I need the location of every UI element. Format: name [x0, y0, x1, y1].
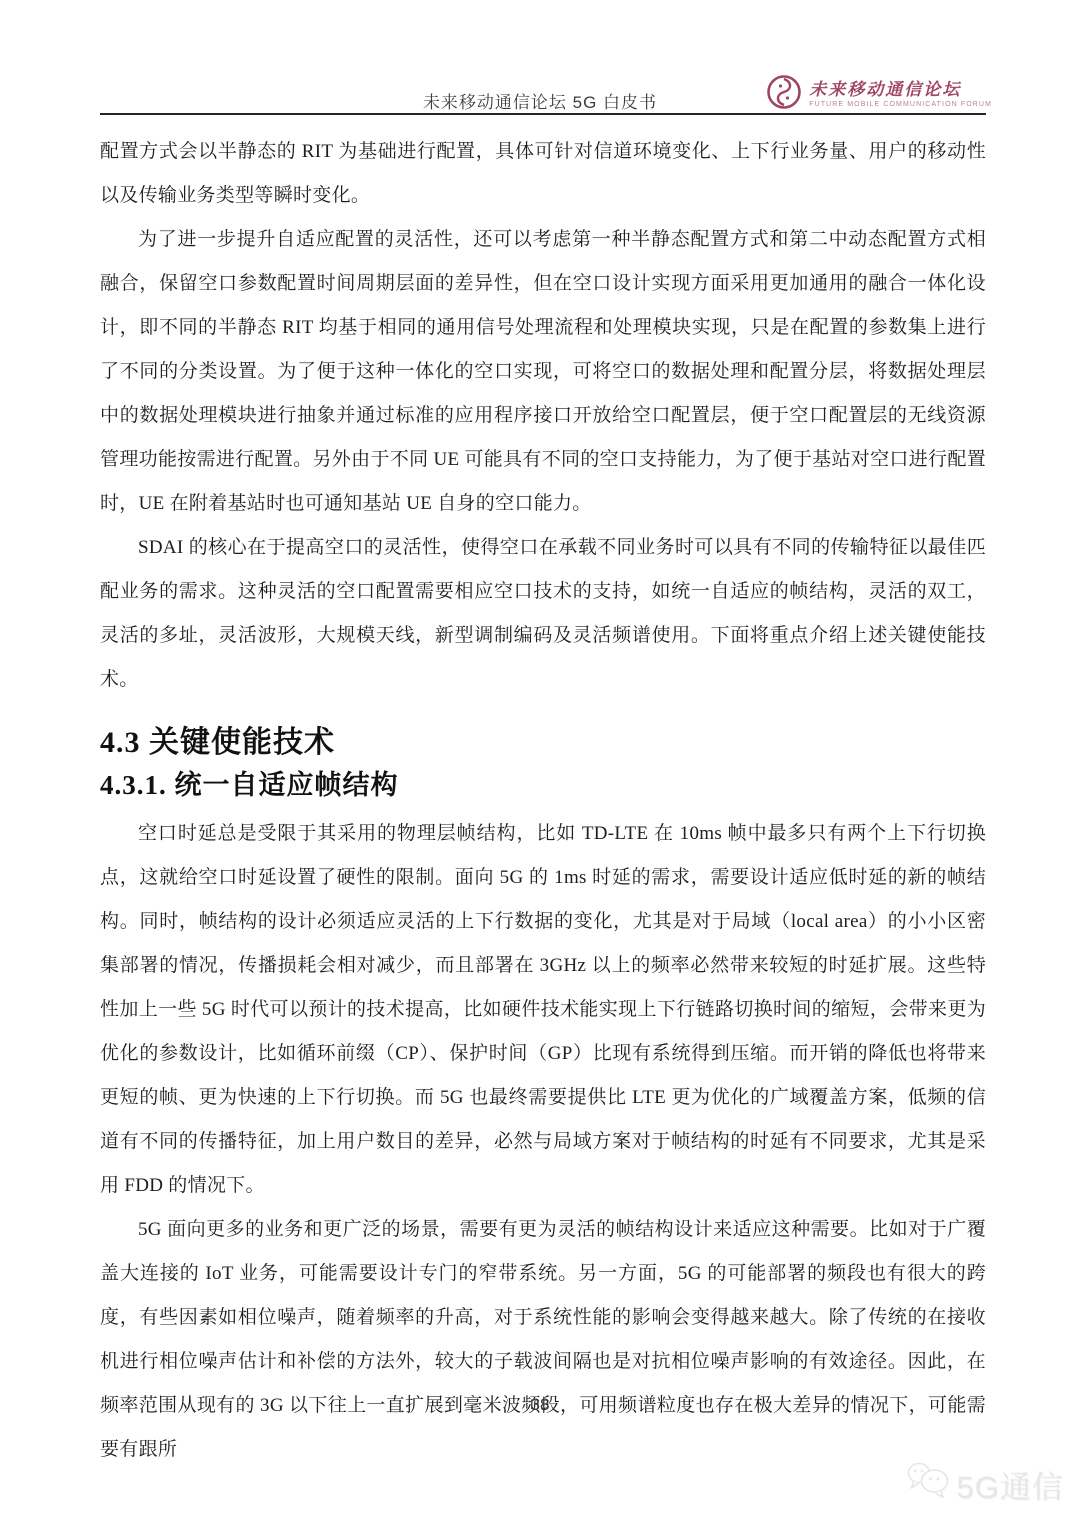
subsection-heading-4-3-1: 4.3.1. 统一自适应帧结构 — [100, 768, 986, 802]
header-divider — [100, 113, 986, 115]
paragraph-continuation: 配置方式会以半静态的 RIT 为基础进行配置，具体可针对信道环境变化、上下行业务… — [100, 130, 986, 218]
wechat-icon — [906, 1460, 952, 1508]
paragraph: 为了进一步提升自适应配置的灵活性，还可以考虑第一种半静态配置方式和第二中动态配置… — [100, 218, 986, 526]
watermark-label: 5G通信 — [957, 1462, 1064, 1507]
paragraph: 5G 面向更多的业务和更广泛的场景，需要有更为灵活的帧结构设计来适应这种需要。比… — [100, 1208, 986, 1472]
document-page: 未来移动通信论坛 5G 白皮书 未来移动通信论坛 FUTURE MOBILE C… — [0, 0, 1080, 1527]
forum-logo-text: 未来移动通信论坛 FUTURE MOBILE COMMUNICATION FOR… — [809, 81, 992, 108]
section-heading-4-3: 4.3 关键使能技术 — [100, 724, 986, 762]
forum-logo-icon — [766, 74, 802, 115]
wechat-watermark: 5G通信 — [906, 1460, 1064, 1508]
page-body: 配置方式会以半静态的 RIT 为基础进行配置，具体可针对信道环境变化、上下行业务… — [100, 130, 986, 1472]
logo-name-cn: 未来移动通信论坛 — [809, 81, 992, 99]
paragraph: 空口时延总是受限于其采用的物理层帧结构，比如 TD-LTE 在 10ms 帧中最… — [100, 812, 986, 1208]
forum-logo: 未来移动通信论坛 FUTURE MOBILE COMMUNICATION FOR… — [766, 74, 992, 115]
logo-name-en: FUTURE MOBILE COMMUNICATION FORUM — [809, 101, 992, 108]
page-number: 38 — [0, 1395, 1080, 1415]
paragraph: SDAI 的核心在于提高空口的灵活性，使得空口在承载不同业务时可以具有不同的传输… — [100, 526, 986, 702]
